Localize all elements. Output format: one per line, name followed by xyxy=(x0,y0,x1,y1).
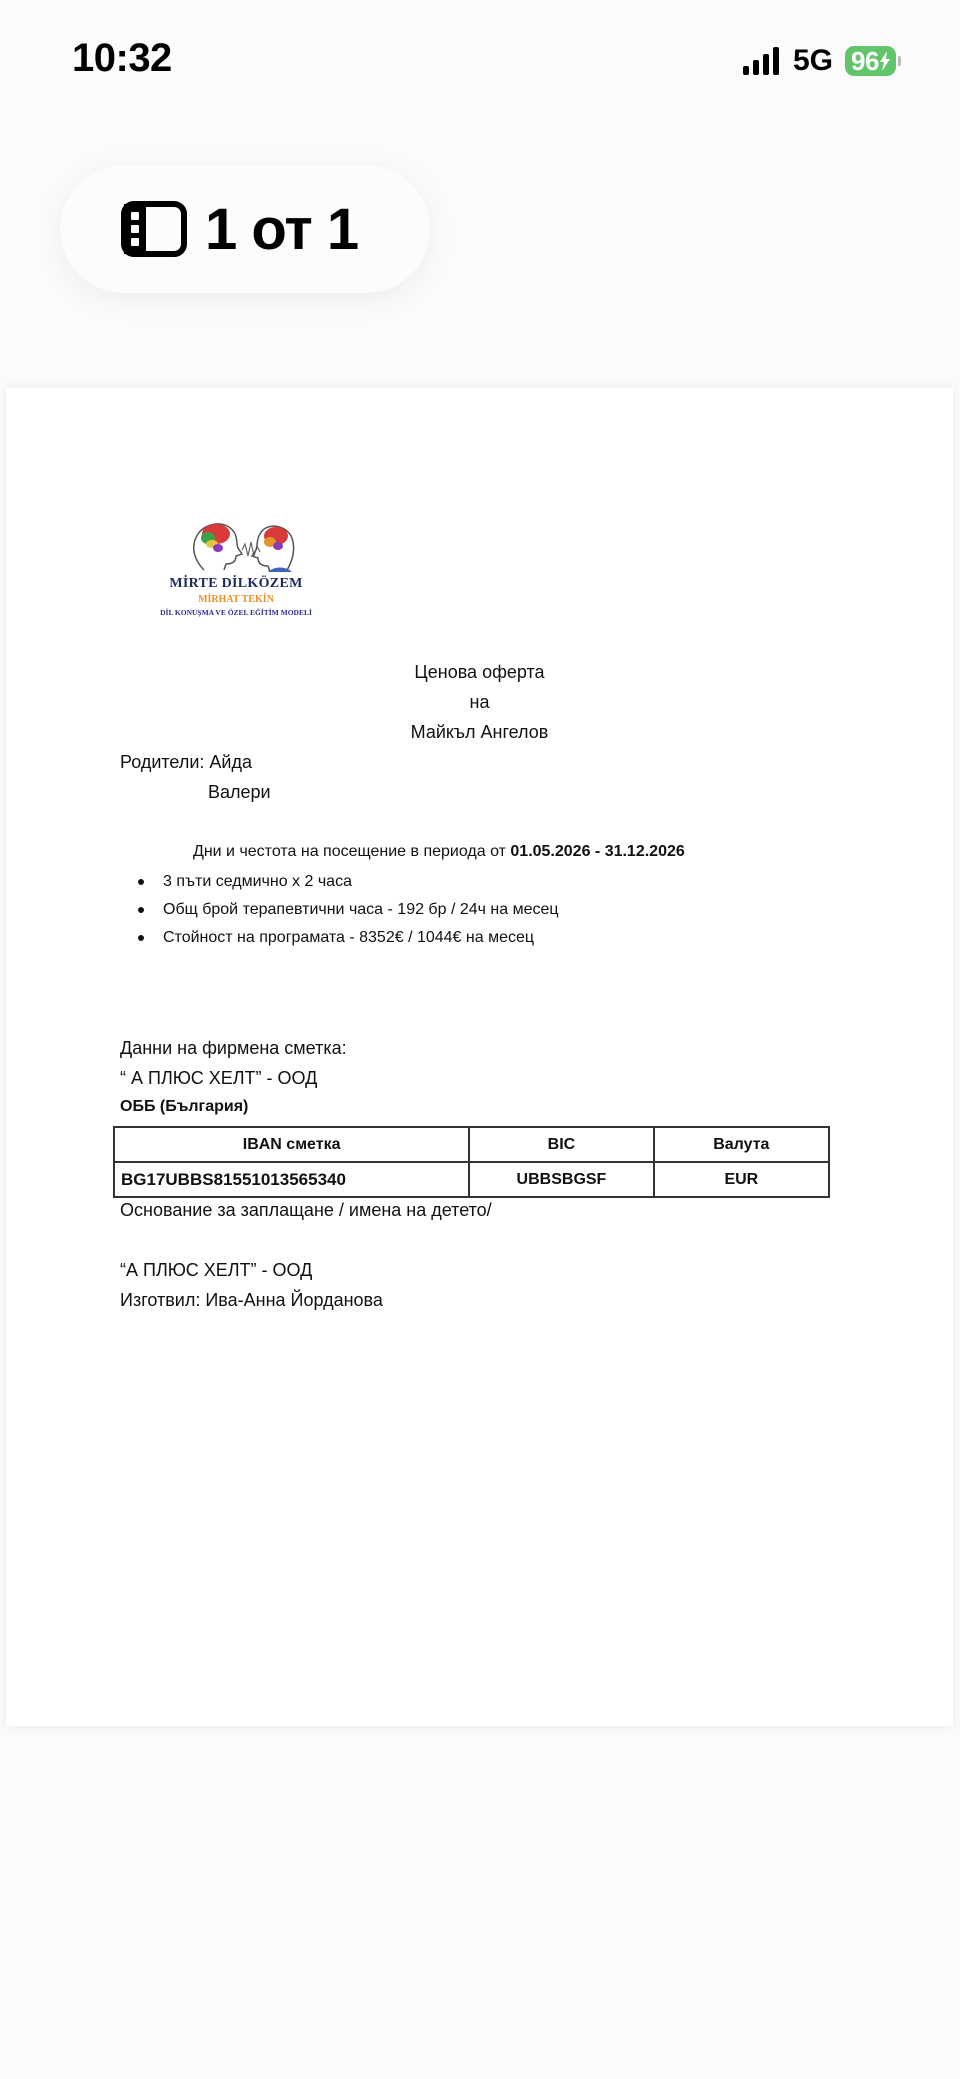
status-time: 10:32 xyxy=(72,36,172,81)
page-indicator[interactable]: 1 от 1 xyxy=(60,165,430,293)
offer-title: Ценова оферта xyxy=(6,662,953,683)
battery-tip xyxy=(898,56,901,66)
iban-value: BG17UBBS81551013565340 xyxy=(114,1162,469,1197)
battery-level: 96 xyxy=(851,46,879,77)
client-name: Майкъл Ангелов xyxy=(6,722,953,743)
document-pages-icon xyxy=(121,201,187,257)
company-logo: MİRTE DİLKÖZEM MİRHAT TEKİN DİL KONUŞMA … xyxy=(146,516,326,626)
logo-subtitle: MİRHAT TEKİN xyxy=(146,594,326,605)
visit-period: Дни и честота на посещение в периода от … xyxy=(193,843,685,861)
table-header-currency: Валута xyxy=(654,1127,829,1162)
offer-title-preposition: на xyxy=(6,692,953,713)
bank-name: ОББ (България) xyxy=(120,1098,248,1116)
payment-basis: Основание за заплащане / имена на детето… xyxy=(120,1200,492,1221)
list-item: 3 пъти седмично х 2 часа xyxy=(126,868,559,896)
visit-period-dates: 01.05.2026 - 31.12.2026 xyxy=(510,843,684,860)
status-indicators: 5G 96 xyxy=(743,45,901,77)
table-header-iban: IBAN сметка xyxy=(114,1127,469,1162)
currency-value: EUR xyxy=(654,1162,829,1197)
bic-value: UBBSBGSF xyxy=(469,1162,653,1197)
page-count-label: 1 от 1 xyxy=(205,196,358,263)
logo-tagline: DİL KONUŞMA VE ÖZEL EĞİTİM MODELİ xyxy=(146,608,326,617)
battery-charging-icon: 96 xyxy=(845,46,896,76)
company-signature: “А ПЛЮС ХЕЛТ” - ООД xyxy=(120,1260,312,1281)
list-item: Стойност на програмата - 8352€ / 1044€ н… xyxy=(126,924,559,952)
cellular-signal-icon xyxy=(743,47,779,75)
table-row: BG17UBBS81551013565340 UBBSBGSF EUR xyxy=(114,1162,829,1197)
logo-title: MİRTE DİLKÖZEM xyxy=(146,576,326,592)
network-type: 5G xyxy=(793,44,833,78)
parents-label: Родители: Айда xyxy=(120,752,252,773)
visit-period-text: Дни и честота на посещение в периода от xyxy=(193,843,510,860)
parents-second-name: Валери xyxy=(208,782,271,803)
document-page[interactable]: MİRTE DİLKÖZEM MİRHAT TEKİN DİL KONUŞMA … xyxy=(6,388,953,1726)
table-header-bic: BIC xyxy=(469,1127,653,1162)
list-item: Общ брой терапевтични часа - 192 бр / 24… xyxy=(126,896,559,924)
program-details-list: 3 пъти седмично х 2 часа Общ брой терапе… xyxy=(126,868,559,952)
logo-heads-icon xyxy=(146,516,326,578)
account-label: Данни на фирмена сметка: xyxy=(120,1038,347,1059)
company-name: “ А ПЛЮС ХЕЛТ” - ООД xyxy=(120,1068,317,1089)
charging-bolt-icon xyxy=(879,51,891,71)
bank-details-table: IBAN сметка BIC Валута BG17UBBS815510135… xyxy=(113,1126,830,1198)
prepared-by: Изготвил: Ива-Анна Йорданова xyxy=(120,1290,383,1311)
